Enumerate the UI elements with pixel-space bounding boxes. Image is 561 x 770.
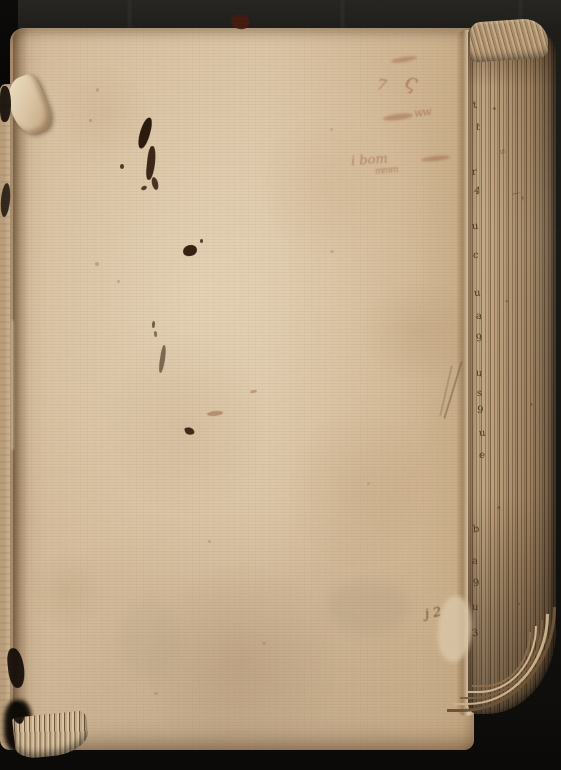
background-streak — [128, 0, 131, 28]
photo-canvas: 7 ς ww i bom mmm j 2 ttr4ucua9us9ueba9u3… — [0, 0, 561, 770]
blank-page — [10, 28, 474, 750]
background-streak — [341, 0, 344, 28]
fore-edge-stack — [468, 26, 556, 714]
head-edge-bevel — [470, 17, 548, 62]
fanned-leaves-bottom-left — [12, 710, 90, 760]
